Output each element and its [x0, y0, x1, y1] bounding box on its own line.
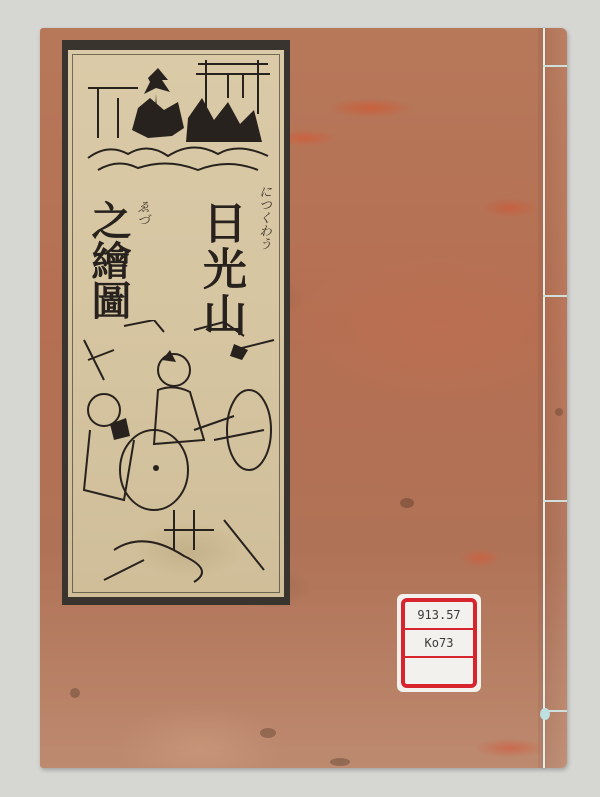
title-text-nikkozan: 日光山	[198, 200, 242, 338]
furigana-left: ゑづ	[132, 200, 151, 226]
binding-thread-knot	[540, 708, 550, 720]
title-slip: 日光山 之繪圖 につくわう ゑづ	[62, 40, 290, 605]
call-number-class: 913.57	[405, 602, 473, 630]
binding-thread	[543, 28, 545, 768]
binding-stitch	[543, 295, 567, 297]
figures-illustration	[74, 320, 280, 590]
call-number-frame: 913.57 Ko73	[401, 598, 477, 688]
binding-stitch	[543, 500, 567, 502]
call-number-blank	[405, 658, 473, 684]
call-number-label: 913.57 Ko73	[397, 594, 481, 692]
stain	[70, 688, 80, 698]
stain	[400, 498, 414, 508]
call-number-cutter: Ko73	[405, 630, 473, 658]
torii-landscape-illustration	[78, 58, 274, 178]
stain	[260, 728, 276, 738]
furigana-right: につくわう	[254, 185, 273, 250]
book-cover: 日光山 之繪圖 につくわう ゑづ	[40, 28, 567, 768]
stain	[330, 758, 350, 766]
binding-stitch	[543, 65, 567, 67]
title-text-no-ezu: 之繪圖	[88, 200, 128, 320]
